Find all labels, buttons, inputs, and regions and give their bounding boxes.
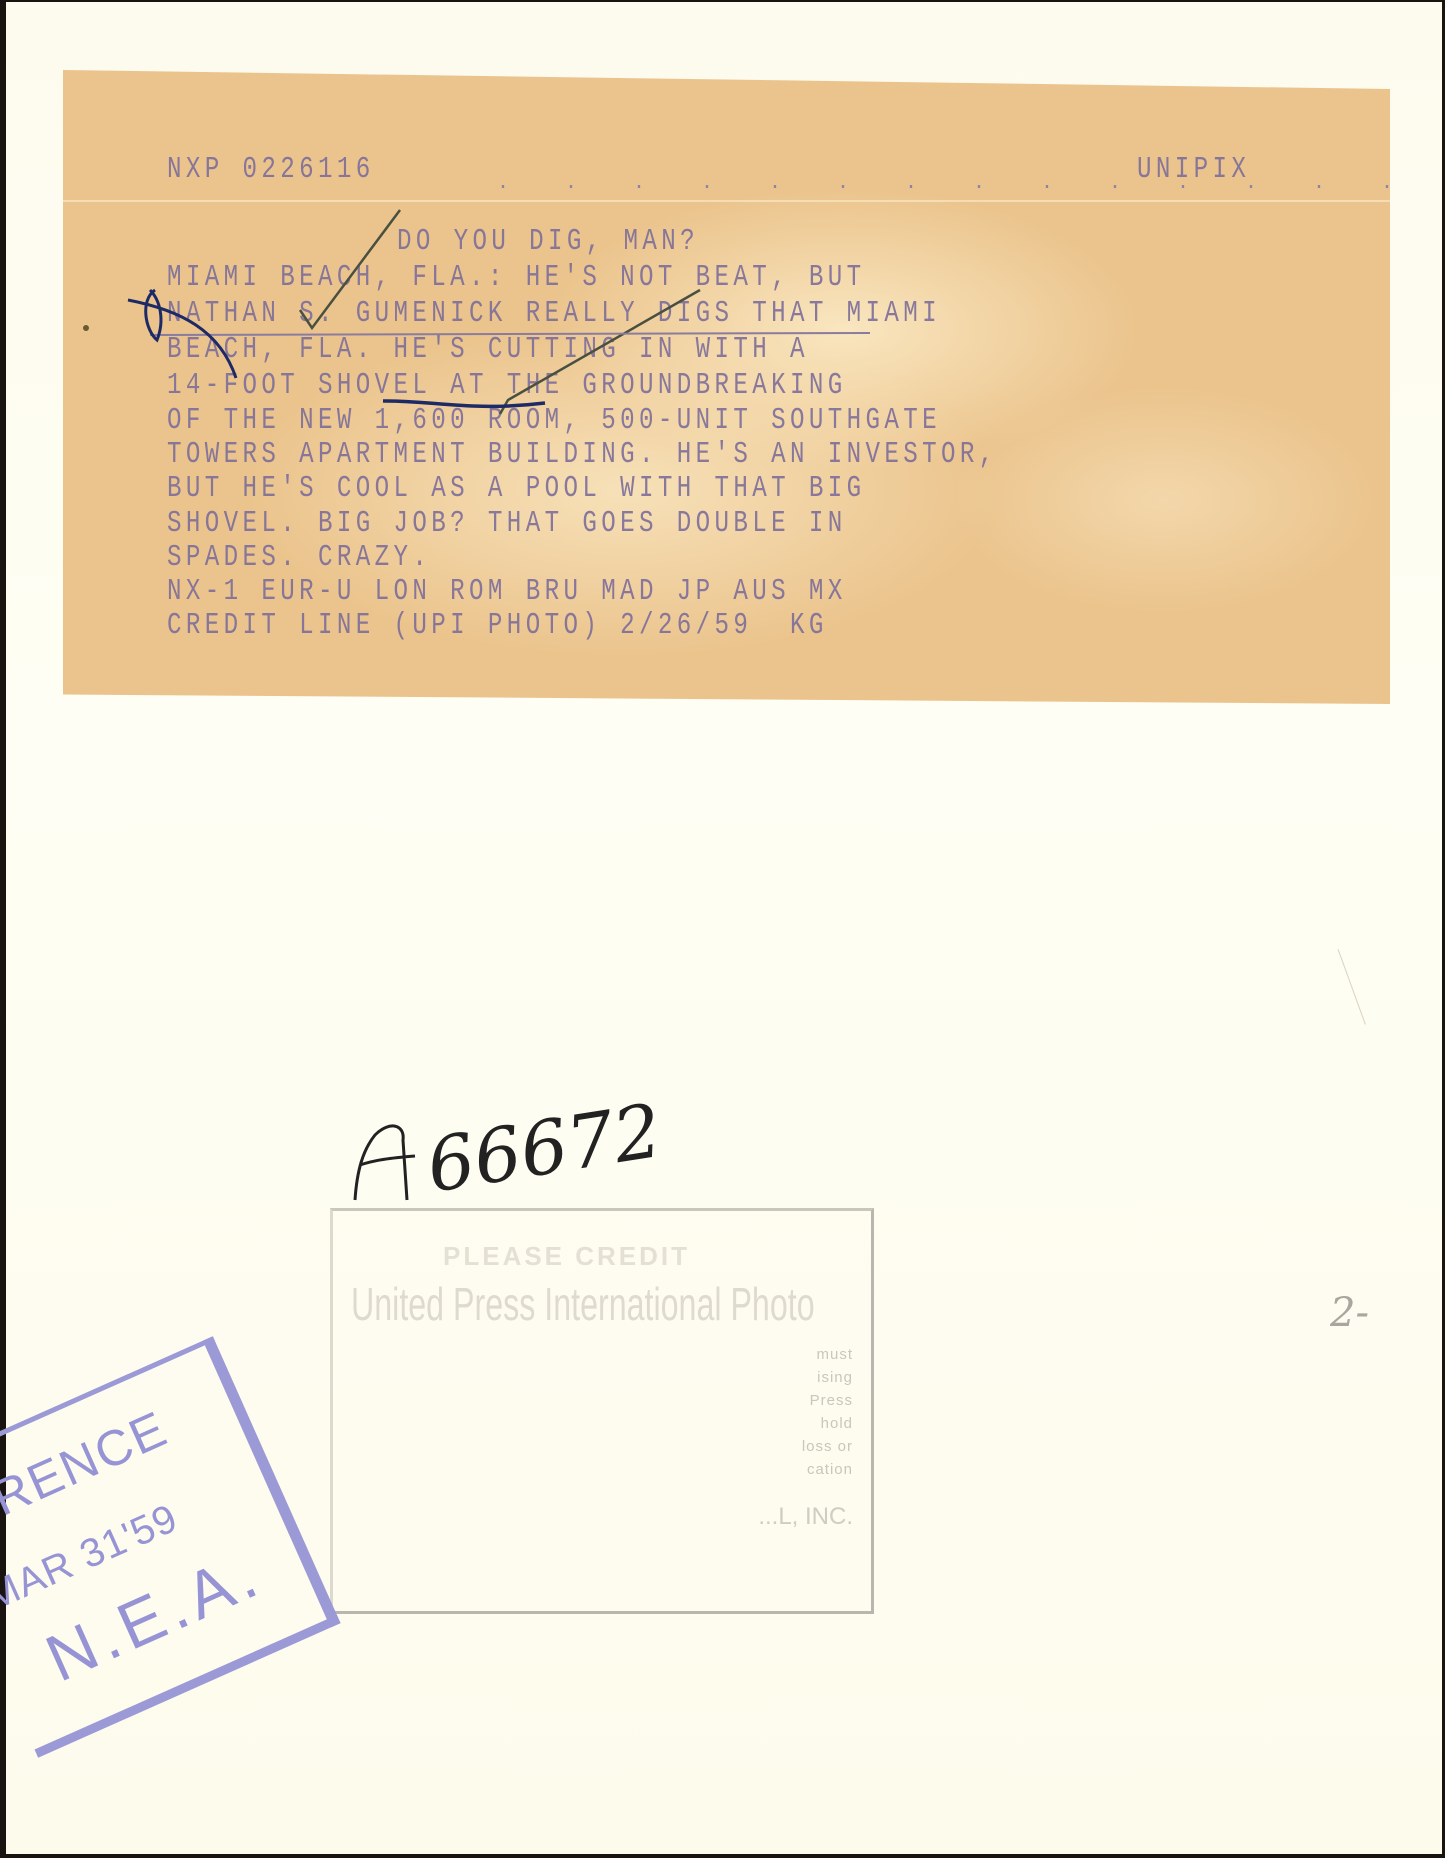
caption-line: 14-FOOT SHOVEL AT THE GROUNDBREAKING	[167, 370, 847, 401]
caption-line: OF THE NEW 1,600 ROOM, 500-UNIT SOUTHGAT…	[167, 405, 941, 436]
pencil-page-mark: 2-	[1330, 1290, 1369, 1336]
caption-headline: DO YOU DIG, MAN?	[397, 226, 699, 257]
credit-stamp-box: PLEASE CREDIT United Press International…	[330, 1208, 874, 1614]
slip-fold-line	[63, 200, 1390, 202]
distribution-line: NX-1 EUR-U LON ROM BRU MAD JP AUS MX	[167, 576, 847, 607]
handwritten-catalog-number: A 66672 66672	[345, 1080, 685, 1210]
svg-text:66672: 66672	[421, 1088, 667, 1210]
credit-fine-print: must ising Press hold loss or cation	[802, 1343, 853, 1481]
caption-line: SPADES. CRAZY.	[167, 542, 431, 573]
caption-line: BUT HE'S COOL AS A POOL WITH THAT BIG	[167, 473, 866, 504]
caption-line: TOWERS APARTMENT BUILDING. HE'S AN INVES…	[167, 439, 998, 470]
credit-company: ...L, INC.	[758, 1503, 853, 1531]
leader-dots: . . . . . . . . . . . . . .	[497, 172, 1415, 195]
caption-line: MIAMI BEACH, FLA.: HE'S NOT BEAT, BUT	[167, 262, 866, 293]
slug-row: NXP 0226116 . . . . . . . . . . . . . . …	[167, 154, 1307, 194]
caption-line: BEACH, FLA. HE'S CUTTING IN WITH A	[167, 334, 809, 365]
agency-name: UNIPIX	[1137, 154, 1250, 185]
slug-id: NXP 0226116	[167, 154, 375, 185]
credit-line: CREDIT LINE (UPI PHOTO) 2/26/59 KG	[167, 610, 828, 641]
credit-heading: PLEASE CREDIT	[443, 1241, 690, 1272]
caption-line: NATHAN S. GUMENICK REALLY DIGS THAT MIAM…	[167, 298, 941, 329]
caption-line: SHOVEL. BIG JOB? THAT GOES DOUBLE IN	[167, 508, 847, 539]
credit-title: United Press International Photo	[351, 1277, 815, 1331]
